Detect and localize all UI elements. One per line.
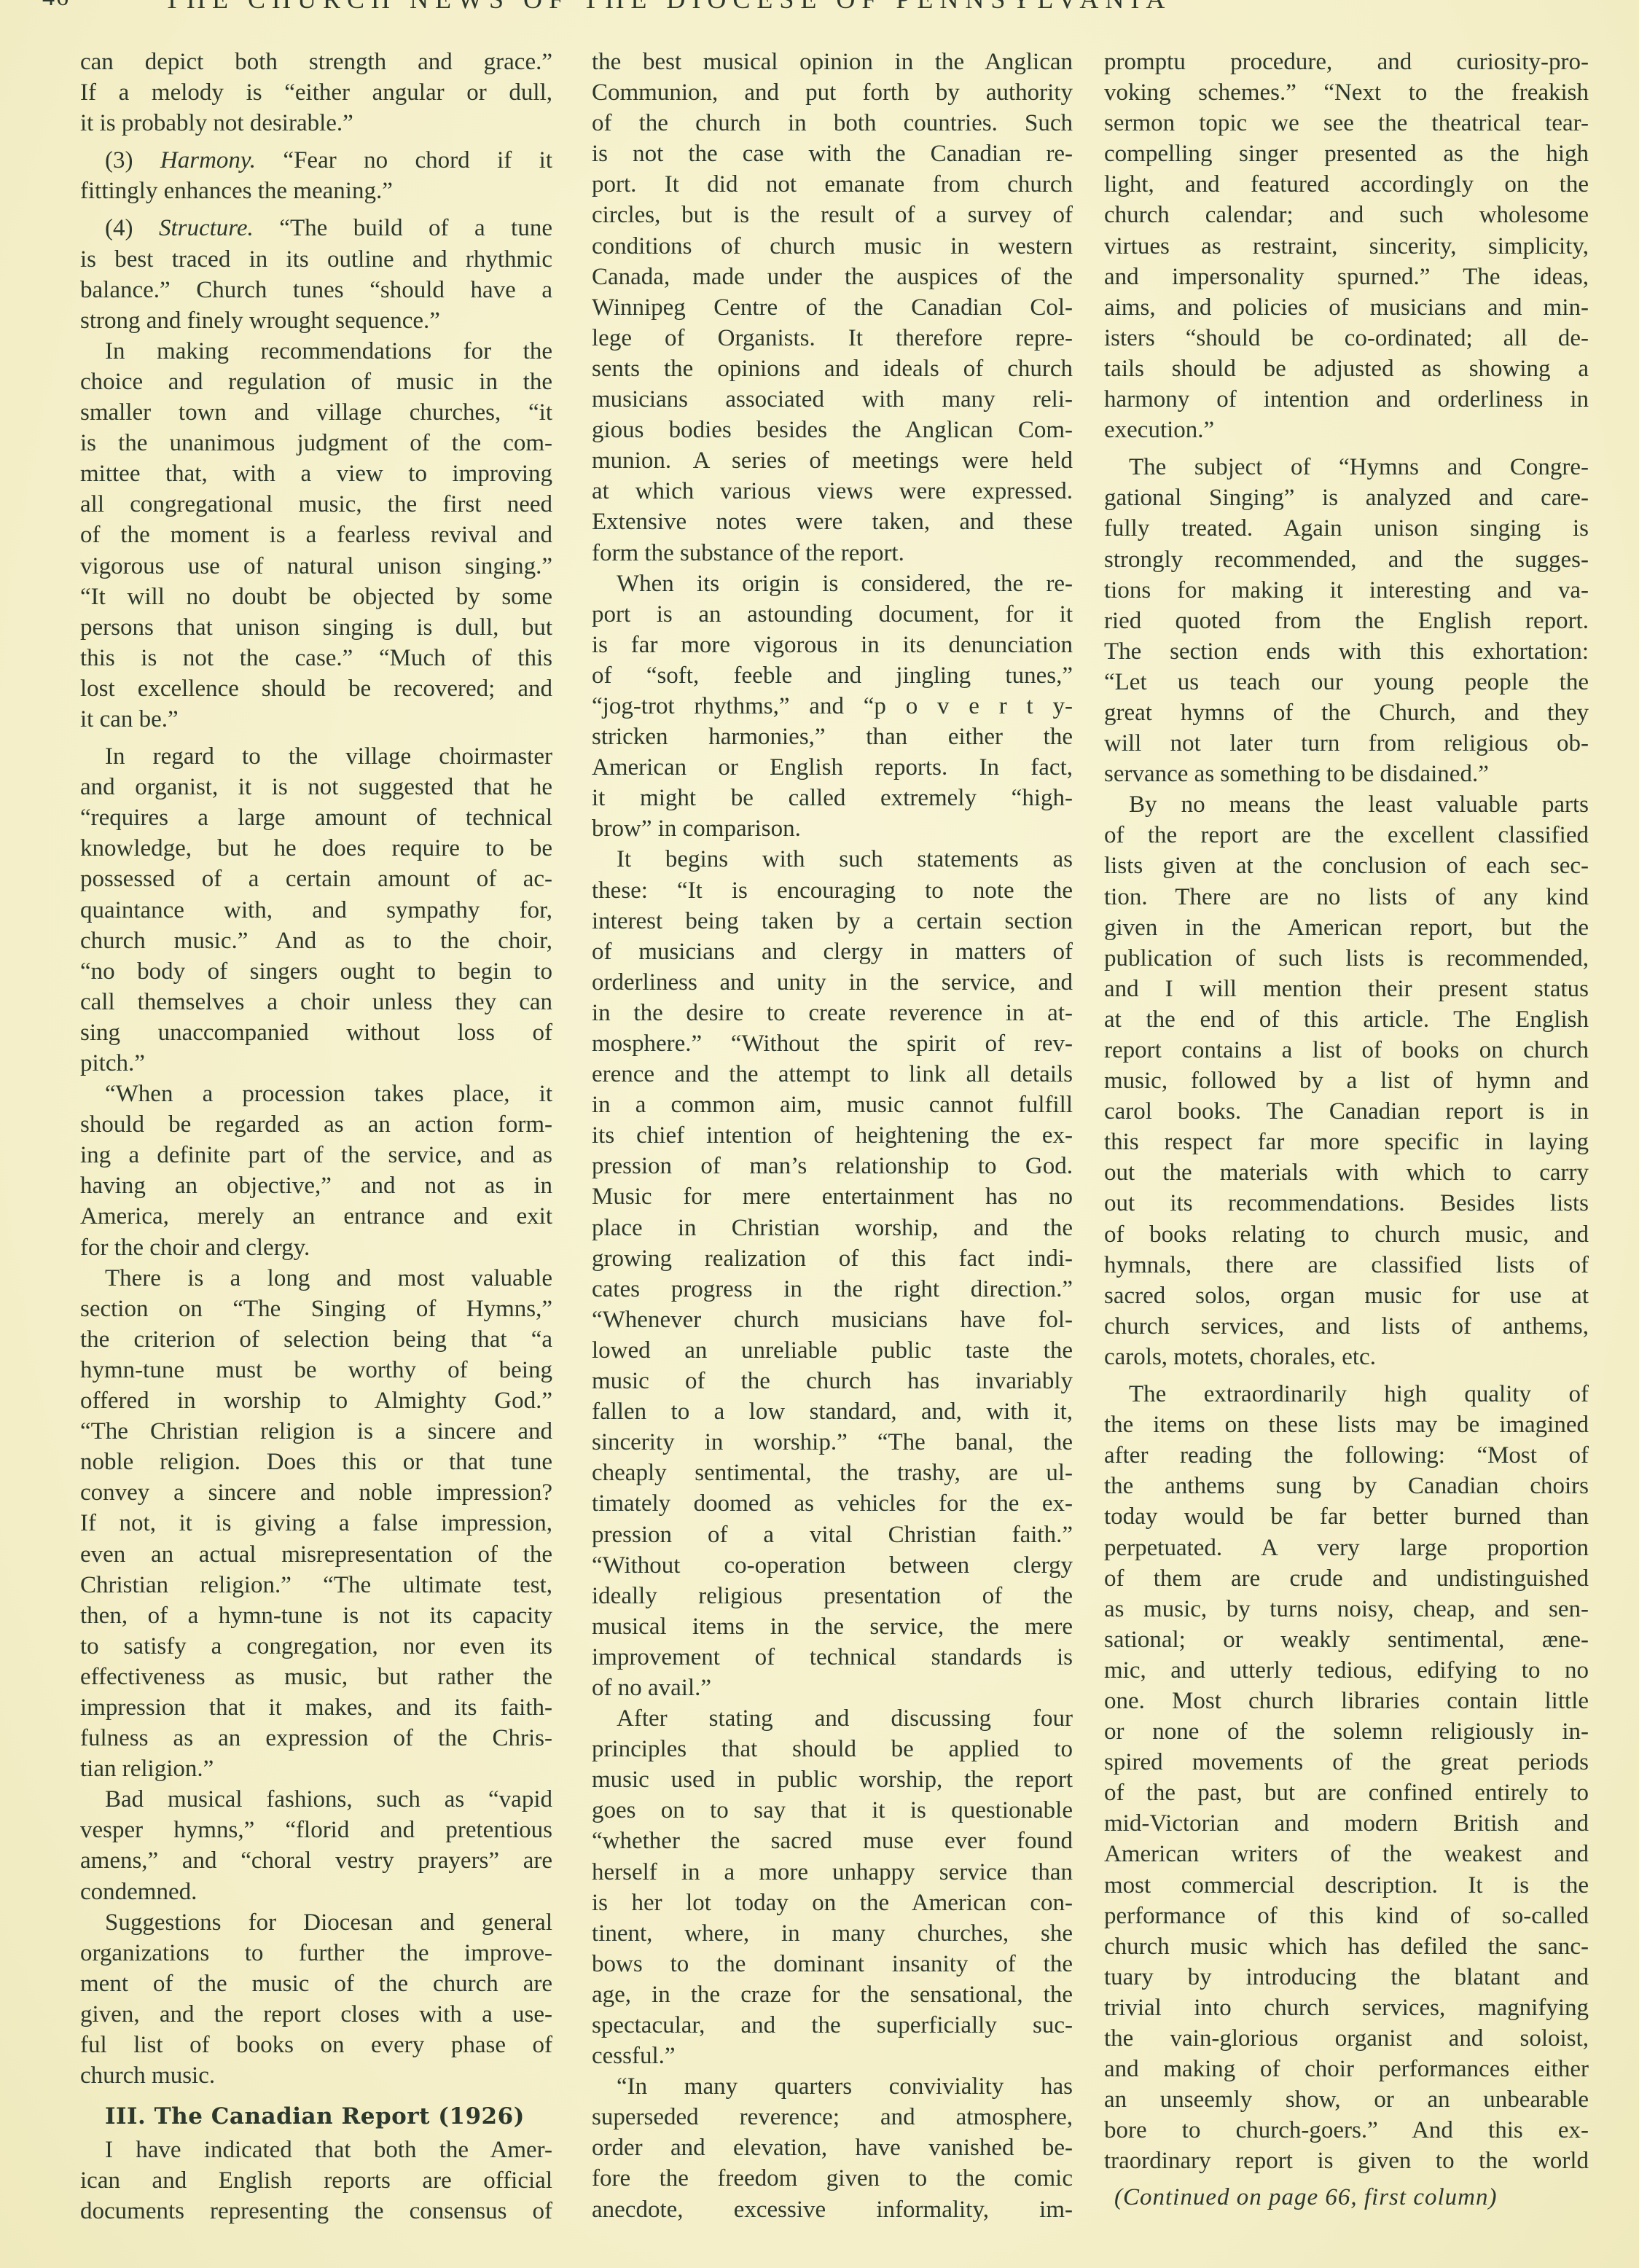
- text-line: In regard to the village choirmaster: [80, 741, 552, 772]
- text-line: and impersonality spurned.” The ideas,: [1104, 262, 1589, 292]
- text-line: church music.” And as to the choir,: [80, 926, 552, 956]
- text-line: brow” in comparison.: [592, 813, 1073, 844]
- text-line: musicians associated with many reli-: [592, 384, 1073, 415]
- text-line: American writers of the weakest and: [1104, 1839, 1589, 1869]
- list-number: (3): [105, 147, 160, 173]
- text-line: tions for making it interesting and va-: [1104, 575, 1589, 606]
- text-line: If a melody is “either angular or dull,: [80, 77, 552, 108]
- text-line: (4) Structure. “The build of a tune: [80, 213, 552, 243]
- text-line: sacred solos, organ music for use at: [1104, 1280, 1589, 1311]
- text-line: spired movements of the great periods: [1104, 1747, 1589, 1778]
- text-line: fulness as an expression of the Chris-: [80, 1723, 552, 1753]
- text-line: spectacular, and the superficially suc-: [592, 2010, 1073, 2041]
- text-line: “requires a large amount of technical: [80, 802, 552, 833]
- text-line: ried quoted from the English report.: [1104, 606, 1589, 636]
- text-line: possessed of a certain amount of ac-: [80, 864, 552, 894]
- text-line: to satisfy a congregation, nor even its: [80, 1631, 552, 1662]
- text-line: of the past, but are confined entirely t…: [1104, 1778, 1589, 1808]
- text-line: lowed an unreliable public taste the: [592, 1335, 1073, 1366]
- text-line: documents representing the consensus of: [80, 2196, 552, 2226]
- text-line: and organist, it is not suggested that h…: [80, 772, 552, 802]
- text-line: is far more vigorous in its denunciation: [592, 630, 1073, 660]
- text-line: church calendar; and such wholesome: [1104, 200, 1589, 230]
- text-line: church music.: [80, 2060, 552, 2091]
- text-line: amens,” and “choral vestry prayers” are: [80, 1845, 552, 1876]
- text-line: hymnals, there are classified lists of: [1104, 1250, 1589, 1280]
- text-line: this respect far more specific in laying: [1104, 1127, 1589, 1157]
- text-line: If not, it is giving a false impression,: [80, 1508, 552, 1538]
- text-line: cheaply sentimental, the trashy, are ul-: [592, 1458, 1073, 1488]
- text-line: The section ends with this exhortation:: [1104, 636, 1589, 667]
- text-line: By no means the least valuable parts: [1104, 789, 1589, 820]
- text-line: the vain-glorious organist and soloist,: [1104, 2023, 1589, 2054]
- text-line: choice and regulation of music in the: [80, 367, 552, 397]
- text-line: the criterion of selection being that “a: [80, 1324, 552, 1355]
- text-line: church music which has defiled the sanc-: [1104, 1931, 1589, 1962]
- text-line: music, followed by a list of hymn and: [1104, 1065, 1589, 1096]
- section-heading: III. The Canadian Report (1926): [80, 2101, 552, 2135]
- text-line: principles that should be applied to: [592, 1734, 1073, 1764]
- text-line: conditions of church music in western: [592, 231, 1073, 262]
- text-line: erence and the attempt to link all detai…: [592, 1059, 1073, 1090]
- text-line: vigorous use of natural unison singing.”: [80, 551, 552, 582]
- text-line: light, and featured accordingly on the: [1104, 169, 1589, 200]
- text-line: tinent, where, in many churches, she: [592, 1918, 1073, 1949]
- text-line: mittee that, with a view to improving: [80, 458, 552, 489]
- page-number: 46: [42, 0, 70, 12]
- text-line: Extensive notes were taken, and these: [592, 507, 1073, 537]
- text-line: compelling singer presented as the high: [1104, 138, 1589, 169]
- text-line: these: “It is encouraging to note the: [592, 875, 1073, 906]
- text-line: After stating and discussing four: [592, 1703, 1073, 1734]
- text-line: ful list of books on every phase of: [80, 2030, 552, 2060]
- text-line: voking schemes.” “Next to the freakish: [1104, 77, 1589, 108]
- text-line: tian religion.”: [80, 1753, 552, 1784]
- running-title: THE CHURCH NEWS OF THE DIOCESE OF PENNSY…: [164, 0, 1549, 15]
- text-line: tion. There are no lists of any kind: [1104, 882, 1589, 912]
- text-line: ideally religious presentation of the: [592, 1581, 1073, 1611]
- text-line: of musicians and clergy in matters of: [592, 936, 1073, 967]
- text-line: ican and English reports are official: [80, 2165, 552, 2196]
- text-line: ing a definite part of the service, and …: [80, 1140, 552, 1170]
- text-line: It begins with such statements as: [592, 844, 1073, 875]
- text-line: interest being taken by a certain sectio…: [592, 906, 1073, 936]
- continuation-note: (Continued on page 66, first column): [1104, 2182, 1589, 2213]
- text-line: sermon topic we see the theatrical tear-: [1104, 108, 1589, 138]
- text-line: anecdote, excessive informality, im-: [592, 2194, 1073, 2225]
- text-line: munion. A series of meetings were held: [592, 445, 1073, 476]
- text-line: traordinary report is given to the world: [1104, 2146, 1589, 2176]
- text-line: at the end of this article. The English: [1104, 1004, 1589, 1035]
- text-line: call themselves a choir unless they can: [80, 987, 552, 1017]
- text-line: ment of the music of the church are: [80, 1968, 552, 1999]
- text-line: aims, and policies of musicians and min-: [1104, 292, 1589, 323]
- column-1: can depict both strength and grace.”If a…: [80, 47, 552, 2226]
- text-line: section on “The Singing of Hymns,”: [80, 1294, 552, 1324]
- text-line: timately doomed as vehicles for the ex-: [592, 1488, 1073, 1519]
- text-line: promptu procedure, and curiosity-pro-: [1104, 47, 1589, 77]
- text-line: carols, motets, chorales, etc.: [1104, 1342, 1589, 1372]
- text-line: today would be far better burned than: [1104, 1501, 1589, 1532]
- text-line: organizations to further the improve-: [80, 1938, 552, 1968]
- text-line: will not later turn from religious ob-: [1104, 728, 1589, 759]
- text-line: after reading the following: “Most of: [1104, 1440, 1589, 1471]
- text-line: harmony of intention and orderliness in: [1104, 384, 1589, 415]
- text-line: of no avail.”: [592, 1673, 1073, 1703]
- text-line: fittingly enhances the meaning.”: [80, 176, 552, 206]
- text-line: “It will no doubt be objected by some: [80, 582, 552, 612]
- text-line: tails should be adjusted as showing a: [1104, 353, 1589, 384]
- text-line: can depict both strength and grace.”: [80, 47, 552, 77]
- text-line: strongly recommended, and the sugges-: [1104, 544, 1589, 575]
- text-line: report contains a list of books on churc…: [1104, 1035, 1589, 1065]
- text-line: Winnipeg Centre of the Canadian Col-: [592, 292, 1073, 323]
- text-line: the best musical opinion in the Anglican: [592, 47, 1073, 77]
- page-header: 46 THE CHURCH NEWS OF THE DIOCESE OF PEN…: [0, 0, 1639, 13]
- text-line: most commercial description. It is the: [1104, 1870, 1589, 1901]
- text-line: and I will mention their present status: [1104, 974, 1589, 1004]
- text-line: having an objective,” and not as in: [80, 1170, 552, 1201]
- text-line: superseded reverence; and atmosphere,: [592, 2102, 1073, 2132]
- text-line: it can be.”: [80, 704, 552, 735]
- text-line: pression of a vital Christian faith.”: [592, 1520, 1073, 1550]
- text-line: cates progress in the right direction.”: [592, 1274, 1073, 1305]
- text-line: Music for mere entertainment has no: [592, 1181, 1073, 1212]
- text-line: lists given at the conclusion of each se…: [1104, 850, 1589, 881]
- text-line: The subject of “Hymns and Congre-: [1104, 452, 1589, 482]
- text-line: vesper hymns,” “florid and pretentious: [80, 1815, 552, 1845]
- text-line: perpetuated. A very large proportion: [1104, 1533, 1589, 1563]
- line-rest: “Fear no chord if it: [256, 147, 552, 173]
- text-line: smaller town and village churches, “it: [80, 397, 552, 428]
- text-line: bore to church-goers.” And this ex-: [1104, 2115, 1589, 2146]
- text-line: should be regarded as an action form-: [80, 1109, 552, 1140]
- text-line: of “soft, feeble and jingling tunes,”: [592, 660, 1073, 691]
- text-line: sincerity in worship.” “The banal, the: [592, 1427, 1073, 1458]
- text-line: mosphere.” “Without the spirit of rev-: [592, 1028, 1073, 1059]
- text-line: even an actual misrepresentation of the: [80, 1539, 552, 1570]
- text-line: carol books. The Canadian report is in: [1104, 1096, 1589, 1127]
- text-line: “Let us teach our young people the: [1104, 667, 1589, 697]
- text-line: lost excellence should be recovered; and: [80, 673, 552, 704]
- text-line: impression that it makes, and its faith-: [80, 1692, 552, 1723]
- text-line: herself in a more unhappy service than: [592, 1857, 1073, 1888]
- line-rest: “The build of a tune: [254, 215, 552, 241]
- text-line: trivial into church services, magnifying: [1104, 1993, 1589, 2023]
- text-line: “whether the sacred muse ever found: [592, 1826, 1073, 1856]
- text-line: out the materials with which to carry: [1104, 1157, 1589, 1188]
- text-line: When its origin is considered, the re-: [592, 568, 1073, 599]
- text-line: port is an astounding document, for it: [592, 599, 1073, 630]
- text-line: orderliness and unity in the service, an…: [592, 967, 1073, 998]
- text-line: is the unanimous judgment of the com-: [80, 428, 552, 458]
- text-line: America, merely an entrance and exit: [80, 1201, 552, 1232]
- text-line: musical items in the service, the mere: [592, 1611, 1073, 1642]
- italic-term: Structure.: [159, 215, 254, 241]
- text-line: growing realization of this fact indi-: [592, 1243, 1073, 1274]
- text-line: as music, by turns noisy, cheap, and sen…: [1104, 1594, 1589, 1624]
- text-line: fallen to a low standard, and, with it,: [592, 1396, 1073, 1427]
- text-line: Canada, made under the auspices of the: [592, 262, 1073, 292]
- text-line: Suggestions for Diocesan and general: [80, 1907, 552, 1938]
- text-line: Communion, and put forth by authority: [592, 77, 1073, 108]
- text-line: of them are crude and undistinguished: [1104, 1563, 1589, 1594]
- text-line: There is a long and most valuable: [80, 1263, 552, 1294]
- text-line: church services, and lists of anthems,: [1104, 1311, 1589, 1342]
- text-line: then, of a hymn-tune is not its capacity: [80, 1600, 552, 1631]
- text-line: gational Singing” is analyzed and care-: [1104, 482, 1589, 513]
- text-line: “When a procession takes place, it: [80, 1079, 552, 1109]
- text-line: servance as something to be disdained.”: [1104, 759, 1589, 789]
- text-line: is best traced in its outline and rhythm…: [80, 244, 552, 275]
- text-line: order and elevation, have vanished be-: [592, 2132, 1073, 2163]
- text-line: at which various views were expressed.: [592, 476, 1073, 507]
- text-line: port. It did not emanate from church: [592, 169, 1073, 200]
- text-line: circles, but is the result of a survey o…: [592, 200, 1073, 230]
- text-line: for the choir and clergy.: [80, 1232, 552, 1263]
- text-line: fore the freedom given to the comic: [592, 2163, 1073, 2194]
- text-line: tuary by introducing the blatant and: [1104, 1962, 1589, 1993]
- text-line: goes on to say that it is questionable: [592, 1795, 1073, 1826]
- text-line: convey a sincere and noble impression?: [80, 1477, 552, 1508]
- text-line: cessful.”: [592, 2041, 1073, 2071]
- text-line: its chief intention of heightening the e…: [592, 1120, 1073, 1151]
- text-line: age, in the craze for the sensational, t…: [592, 1979, 1073, 2010]
- text-line: sational; or weakly sentimental, æne-: [1104, 1624, 1589, 1655]
- text-line: knowledge, but he does require to be: [80, 833, 552, 864]
- text-line: strong and finely wrought sequence.”: [80, 305, 552, 336]
- text-line: is not the case with the Canadian re-: [592, 138, 1073, 169]
- text-line: (3) Harmony. “Fear no chord if it: [80, 145, 552, 176]
- text-line: in the desire to create reverence in at-: [592, 998, 1073, 1028]
- column-3: promptu procedure, and curiosity-pro-vok…: [1104, 47, 1589, 2213]
- text-line: “no body of singers ought to begin to: [80, 956, 552, 987]
- text-line: execution.”: [1104, 415, 1589, 445]
- list-number: (4): [105, 215, 159, 241]
- text-line: or none of the solemn religiously in-: [1104, 1716, 1589, 1747]
- text-line: bows to the dominant insanity of the: [592, 1949, 1073, 1979]
- text-line: fully treated. Again unison singing is: [1104, 513, 1589, 544]
- text-line: lege of Organists. It therefore repre-: [592, 323, 1073, 353]
- text-line: given, and the report closes with a use-: [80, 1999, 552, 2030]
- text-line: Bad musical fashions, such as “vapid: [80, 1784, 552, 1815]
- text-line: I have indicated that both the Amer-: [80, 2135, 552, 2165]
- text-line: one. Most church libraries contain littl…: [1104, 1686, 1589, 1716]
- text-line: In making recommendations for the: [80, 336, 552, 367]
- text-line: pitch.”: [80, 1048, 552, 1079]
- text-line: virtues as restraint, sincerity, simplic…: [1104, 231, 1589, 262]
- text-line: of the church in both countries. Such: [592, 108, 1073, 138]
- text-line: Christian religion.” “The ultimate test,: [80, 1570, 552, 1600]
- text-line: this is not the case.” “Much of this: [80, 643, 552, 673]
- text-line: form the substance of the report.: [592, 538, 1073, 568]
- text-line: “The Christian religion is a sincere and: [80, 1416, 552, 1447]
- text-line: great hymns of the Church, and they: [1104, 697, 1589, 728]
- text-line: “Whenever church musicians have fol-: [592, 1305, 1073, 1335]
- text-line: The extraordinarily high quality of: [1104, 1379, 1589, 1409]
- text-line: it is probably not desirable.”: [80, 108, 552, 138]
- text-line: offered in worship to Almighty God.”: [80, 1385, 552, 1416]
- text-line: of books relating to church music, and: [1104, 1219, 1589, 1250]
- text-line: an unseemly show, or an unbearable: [1104, 2084, 1589, 2115]
- text-line: of the report are the excellent classifi…: [1104, 820, 1589, 850]
- text-line: sents the opinions and ideals of church: [592, 353, 1073, 384]
- text-line: persons that unison singing is dull, but: [80, 612, 552, 643]
- text-line: it might be called extremely “high-: [592, 783, 1073, 813]
- text-line: balance.” Church tunes “should have a: [80, 275, 552, 305]
- text-line: quaintance with, and sympathy for,: [80, 895, 552, 926]
- italic-term: Harmony.: [160, 147, 256, 173]
- text-line: effectiveness as music, but rather the: [80, 1662, 552, 1692]
- text-line: performance of this kind of so-called: [1104, 1901, 1589, 1931]
- text-line: “Without co-operation between clergy: [592, 1550, 1073, 1581]
- text-line: noble religion. Does this or that tune: [80, 1447, 552, 1477]
- text-line: in a common aim, music cannot fulfill: [592, 1090, 1073, 1120]
- text-line: “jog-trot rhythms,” and “p o v e r t y-: [592, 691, 1073, 722]
- text-line: improvement of technical standards is: [592, 1642, 1073, 1673]
- text-line: mid-Victorian and modern British and: [1104, 1808, 1589, 1839]
- text-line: music of the church has invariably: [592, 1366, 1073, 1396]
- text-line: hymn-tune must be worthy of being: [80, 1355, 552, 1385]
- text-line: and making of choir performances either: [1104, 2054, 1589, 2084]
- text-line: gious bodies besides the Anglican Com-: [592, 415, 1073, 445]
- text-line: of the moment is a fearless revival and: [80, 520, 552, 550]
- text-line: out its recommendations. Besides lists: [1104, 1188, 1589, 1219]
- text-line: given in the American report, but the: [1104, 912, 1589, 943]
- text-line: all congregational music, the first need: [80, 489, 552, 520]
- text-line: American or English reports. In fact,: [592, 752, 1073, 783]
- text-line: music used in public worship, the report: [592, 1764, 1073, 1795]
- column-2: the best musical opinion in the Anglican…: [592, 47, 1073, 2225]
- text-line: pression of man’s relationship to God.: [592, 1151, 1073, 1181]
- text-line: place in Christian worship, and the: [592, 1213, 1073, 1243]
- text-line: mic, and utterly tedious, edifying to no: [1104, 1655, 1589, 1686]
- text-line: stricken harmonies,” than either the: [592, 722, 1073, 752]
- text-line: condemned.: [80, 1877, 552, 1907]
- text-line: isters “should be co-ordinated; all de-: [1104, 323, 1589, 353]
- text-line: publication of such lists is recommended…: [1104, 943, 1589, 974]
- text-line: the anthems sung by Canadian choirs: [1104, 1471, 1589, 1501]
- text-line: is her lot today on the American con-: [592, 1888, 1073, 1918]
- text-line: sing unaccompanied without loss of: [80, 1017, 552, 1048]
- text-line: “In many quarters conviviality has: [592, 2071, 1073, 2102]
- text-line: the items on these lists may be imagined: [1104, 1409, 1589, 1440]
